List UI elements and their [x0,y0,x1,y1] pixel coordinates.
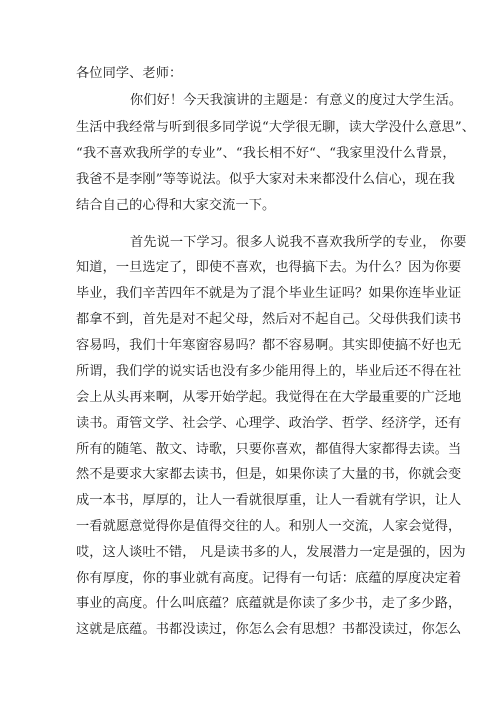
document-page: 各位同学、老师： 你们好！今天我演讲的主题是：有意义的度过大学生活。 生活中我经… [0,0,500,707]
paragraph-line: 一看就愿意觉得你是值得交往的人。和别人一交流，人家会觉得， [76,517,430,537]
paragraph-line: 你们好！今天我演讲的主题是：有意义的度过大学生活。 [130,91,430,111]
paragraph-line: 我爸不是李刚”等等说法。似乎大家对未来都没什么信心，现在我 [76,170,430,190]
paragraph-line: 你有厚度，你的事业就有高度。记得有一句话：底蕴的厚度决定着 [76,569,430,589]
paragraph-line: 所有的随笔、散文、诗歌，只要你喜欢，都值得大家都得去读。当 [76,440,430,460]
paragraph-line: 所谓，我们学的说实话也没有多少能用得上的，毕业后还不得在社 [76,362,430,382]
paragraph-line: “我不喜欢我所学的专业”、“我长相不好“、“我家里没什么背景， [76,144,430,164]
paragraph-line: 然不是要求大家都去读书，但是，如果你读了大量的书，你就会变 [76,465,430,485]
paragraph-line: 会上从头再来啊，从零开始学起。我觉得在在大学最重要的广泛地 [76,388,430,408]
paragraph-line: 这就是底蕴。书都没读过，你怎么会有思想？书都没读过，你怎么 [76,620,430,640]
paragraph-line: 哎，这人谈吐不错， 凡是读书多的人，发展潜力一定是强的，因为 [76,543,430,563]
paragraph-line: 生活中我经常与听到很多同学说“大学很无聊，读大学没什么意思”、 [76,118,430,138]
paragraph-line: 结合自己的心得和大家交流一下。 [76,196,430,216]
paragraph-line: 成一本书，厚厚的，让人一看就很厚重，让人一看就有学识，让人 [76,491,430,511]
paragraph-line: 读书。甭管文学、社会学、心理学、政治学、哲学、经济学，还有 [76,414,430,434]
paragraph-line: 首先说一下学习。很多人说我不喜欢我所学的专业， 你要 [130,233,430,253]
paragraph-line: 都拿不到，首先是对不起父母，然后对不起自己。父母供我们读书 [76,310,430,330]
paragraph-line: 毕业，我们辛苦四年不就是为了混个毕业生证吗？如果你连毕业证 [76,284,430,304]
paragraph-line: 容易吗，我们十年寒窗容易吗？都不容易啊。其实即使搞不好也无 [76,336,430,356]
paragraph-line: 知道，一旦选定了，即使不喜欢，也得搞下去。为什么？因为你要 [76,258,430,278]
salutation: 各位同学、老师： [76,64,430,84]
paragraph-line: 事业的高度。什么叫底蕴？底蕴就是你读了多少书，走了多少路， [76,594,430,614]
